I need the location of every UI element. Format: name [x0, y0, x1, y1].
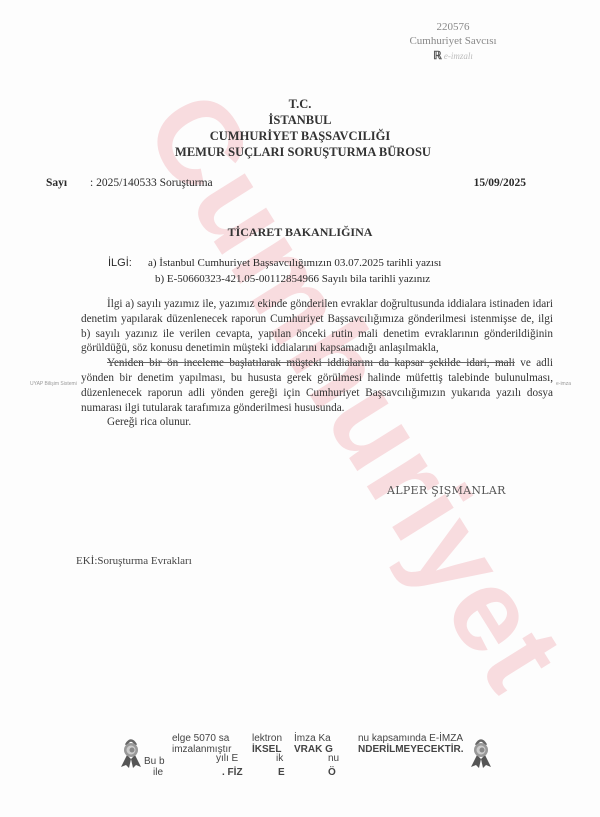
ilgi-item: a) İstanbul Cumhuriyet Başsavcılığımızın… [148, 255, 441, 271]
struck-text: Yeniden bir ön inceleme başlatılarak müş… [107, 357, 515, 369]
footer-fragment: ik [276, 753, 283, 765]
ilgi-item: b) E-50660323-421.05-00112854966 Sayılı … [148, 271, 441, 287]
footer-fragment: ile [153, 767, 163, 779]
stamp-role: Cumhuriyet Savcısı [398, 34, 508, 48]
reference-label: Sayı [46, 177, 67, 189]
footer-fragment: Ö [328, 767, 336, 779]
document-date: 15/09/2025 [474, 177, 526, 189]
recipient: TİCARET BAKANLIĞINA [0, 225, 600, 240]
reference-number: : 2025/140533 Soruşturma [90, 177, 213, 189]
footer-fragment: E [278, 767, 285, 779]
letterhead: T.C. İSTANBUL CUMHURİYET BAŞSAVCILIĞI ME… [0, 96, 600, 160]
esignature-footer: elge 5070 sa lektron İmza Ka nu kapsamın… [112, 733, 504, 793]
letter-body: İlgi a) sayılı yazımız ile, yazımız ekin… [81, 297, 553, 430]
footer-fragment: yılı E [216, 753, 238, 765]
esign-mark: ℝ e-imzalı [398, 49, 508, 63]
attachment-note: EKİ:Soruşturma Evrakları [76, 555, 192, 567]
body-paragraph-2: Yeniden bir ön inceleme başlatılarak müş… [81, 356, 553, 415]
document-page: Cumhuriyet 220576 Cumhuriyet Savcısı ℝ e… [0, 0, 600, 817]
letterhead-line-office: CUMHURİYET BAŞSAVCILIĞI [0, 128, 600, 144]
letterhead-line-city: İSTANBUL [0, 112, 600, 128]
ribbon-seal-icon [468, 735, 494, 769]
footer-fragment: NDERİLMEYECEKTİR. [358, 744, 464, 756]
signer-name: ALPER ŞIŞMANLAR [387, 484, 506, 497]
stamp-number: 220576 [398, 20, 508, 34]
ribbon-seal-icon [118, 735, 144, 769]
letterhead-line-bureau: MEMUR SUÇLARI SORUŞTURMA BÜROSU [3, 144, 600, 160]
margin-note-left: UYAP Bilişim Sistemi [30, 381, 77, 387]
footer-fragment: nu [328, 753, 339, 765]
e-signature-seal-icon: ℝ [433, 49, 442, 63]
margin-note-right: e-imza [556, 381, 571, 387]
ilgi-label: İLGİ: [108, 255, 132, 271]
letterhead-line-tc: T.C. [0, 96, 600, 112]
prosecutor-stamp: 220576 Cumhuriyet Savcısı ℝ e-imzalı [398, 20, 508, 63]
body-paragraph-1: İlgi a) sayılı yazımız ile, yazımız ekin… [81, 297, 553, 356]
esign-text: e-imzalı [444, 49, 473, 63]
closing-line: Gereği rica olunur. [81, 415, 553, 430]
footer-fragment: . FİZ [222, 767, 243, 779]
